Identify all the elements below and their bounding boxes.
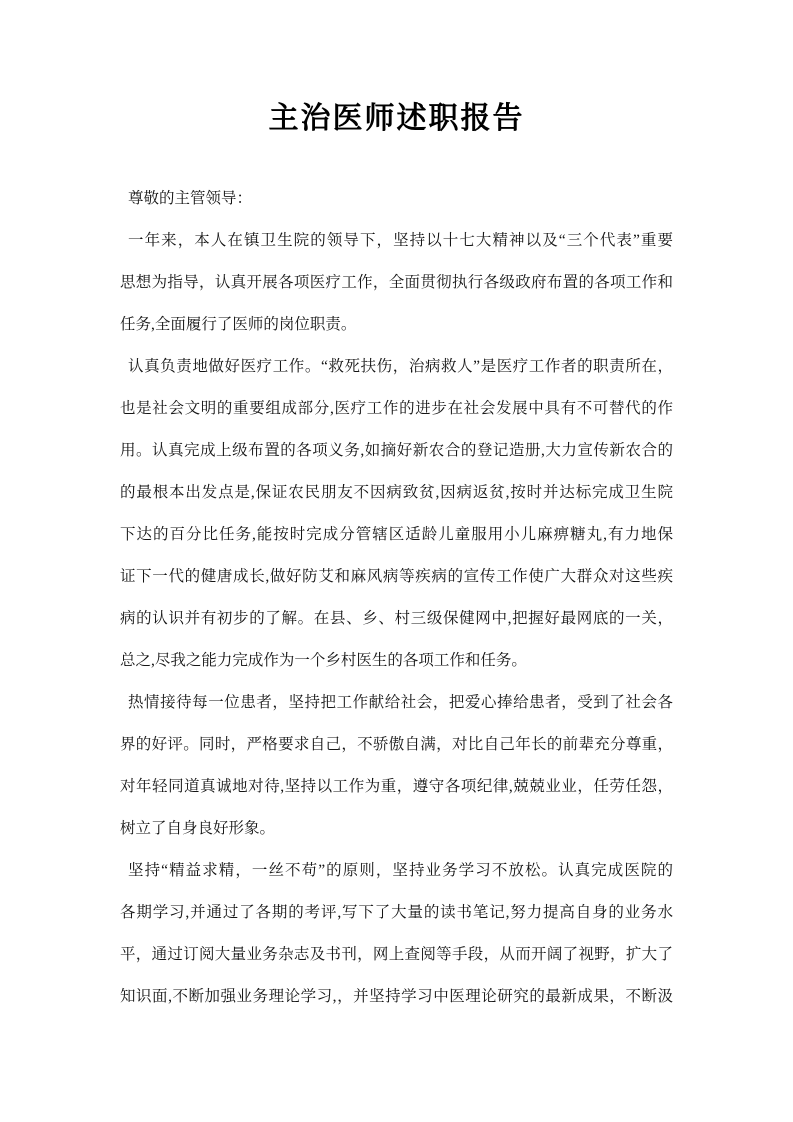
text-line: 证下一代的健唐成长,做好防艾和麻风病等疾病的宣传工作使广大群众对这些疾: [120, 556, 673, 598]
paragraph: 坚持“精益求精，一丝不苟”的原则，坚持业务学习不放松。认真完成医院的各期学习,并…: [120, 850, 673, 1018]
text-line: 总之,尽我之能力完成作为一个乡村医生的各项工作和任务。: [120, 640, 673, 682]
text-line: 各期学习,并通过了各期的考评,写下了大量的读书笔记,努力提高自身的业务水: [120, 892, 673, 934]
paragraph: 热情接待每一位患者，坚持把工作献给社会，把爱心捧给患者，受到了社会各界的好评。同…: [120, 682, 673, 850]
text-line: 认真负责地做好医疗工作。“救死扶伤，治病救人”是医疗工作者的职责所在，: [120, 346, 673, 388]
paragraph: 认真负责地做好医疗工作。“救死扶伤，治病救人”是医疗工作者的职责所在，也是社会文…: [120, 346, 673, 682]
text-line: 一年来，本人在镇卫生院的领导下，坚持以十七大精神以及“三个代表”重要: [120, 220, 673, 262]
text-line: 思想为指导，认真开展各项医疗工作，全面贯彻执行各级政府布置的各项工作和: [120, 262, 673, 304]
text-line: 病的认识并有初步的了解。在县、乡、村三级保健网中,把握好最网底的一关，: [120, 598, 673, 640]
text-line: 坚持“精益求精，一丝不苟”的原则，坚持业务学习不放松。认真完成医院的: [120, 850, 673, 892]
text-line: 树立了自身良好形象。: [120, 808, 673, 850]
text-line: 也是社会文明的重要组成部分,医疗工作的进步在社会发展中具有不可替代的作: [120, 388, 673, 430]
document-page: 主治医师述职报告 尊敬的主管领导：一年来，本人在镇卫生院的领导下，坚持以十七大精…: [0, 0, 793, 1122]
text-line: 下达的百分比任务,能按时完成分管辖区适龄儿童服用小儿麻痹糖丸,有力地保: [120, 514, 673, 556]
paragraph: 一年来，本人在镇卫生院的领导下，坚持以十七大精神以及“三个代表”重要思想为指导，…: [120, 220, 673, 346]
text-line: 界的好评。同时，严格要求自己，不骄傲自满，对比自己年长的前辈充分尊重，: [120, 724, 673, 766]
text-line: 知识面,不断加强业务理论学习,，并坚持学习中医理论研究的最新成果，不断汲: [120, 976, 673, 1018]
paragraph: 尊敬的主管领导：: [120, 178, 673, 220]
document-body: 尊敬的主管领导：一年来，本人在镇卫生院的领导下，坚持以十七大精神以及“三个代表”…: [120, 178, 673, 1018]
text-line: 热情接待每一位患者，坚持把工作献给社会，把爱心捧给患者，受到了社会各: [120, 682, 673, 724]
text-line: 对年轻同道真诚地对待,坚持以工作为重，遵守各项纪律,兢兢业业，任劳任怨，: [120, 766, 673, 808]
text-line: 的最根本出发点是,保证农民朋友不因病致贫,因病返贫,按时并达标完成卫生院: [120, 472, 673, 514]
document-title: 主治医师述职报告: [120, 97, 673, 141]
text-line: 尊敬的主管领导：: [120, 178, 673, 220]
text-line: 用。认真完成上级布置的各项义务,如摘好新农合的登记造册,大力宣传新农合的: [120, 430, 673, 472]
text-line: 任务,全面履行了医师的岗位职责。: [120, 304, 673, 346]
text-line: 平，通过订阅大量业务杂志及书刊，网上查阅等手段，从而开阔了视野，扩大了: [120, 934, 673, 976]
